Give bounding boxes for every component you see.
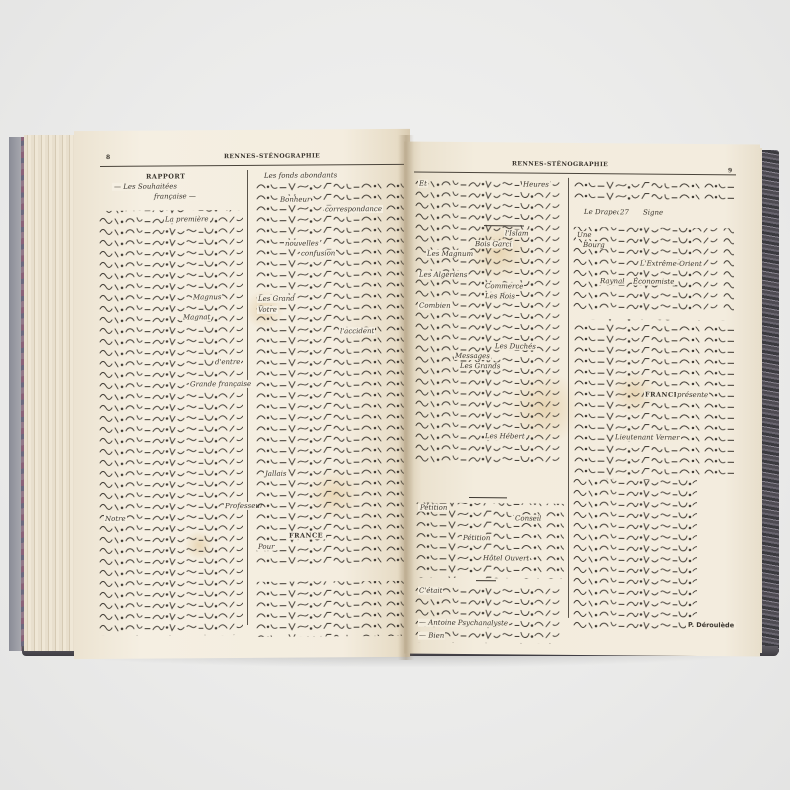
section-heading-france: FRANCE	[286, 531, 326, 539]
inline-word: Notre	[104, 515, 127, 523]
inline-word: Conseil	[514, 514, 542, 522]
inline-word: l'Islam	[504, 229, 530, 237]
header-rule	[100, 164, 405, 167]
column-divider	[247, 170, 248, 625]
right-column-2	[572, 179, 734, 650]
book-gutter	[398, 135, 414, 660]
inline-word: Heures	[522, 180, 550, 188]
inline-word: Les Grands	[459, 362, 501, 370]
inline-word: L'Extrême-Orient	[639, 259, 703, 268]
right-cover-marbled	[760, 150, 779, 654]
inline-word: Magnat	[182, 313, 211, 321]
inline-word: Les Magnum	[426, 250, 474, 258]
shorthand-line: — Les Souhaitées	[112, 182, 179, 190]
inline-word: Messages	[454, 352, 491, 360]
column-divider	[568, 178, 569, 618]
shorthand-line: — Bien	[418, 632, 445, 640]
inline-word: Bourg	[582, 241, 606, 249]
inline-word: FRANCE	[644, 391, 680, 399]
inline-word: correspondance	[324, 205, 383, 213]
section-heading-rapport: RAPPORT	[144, 172, 188, 180]
inline-word: Combien	[418, 302, 452, 310]
left-column-1	[98, 170, 243, 641]
inline-word: Raynal	[599, 277, 625, 285]
left-page: 8 RENNES-STÉNOGRAPHIE RAPPORT — Les Souh…	[74, 129, 410, 659]
section-separator	[476, 580, 496, 581]
inline-word: Commerce	[484, 282, 524, 290]
inline-word: Grande française	[189, 380, 252, 388]
inline-word: l'accident	[339, 327, 375, 335]
page-number: 9	[728, 167, 732, 174]
inline-word: Une	[576, 231, 593, 239]
inline-word: Les Grand	[257, 295, 296, 303]
inline-word: d'entre	[214, 358, 241, 366]
inline-word: Les Algériens	[418, 271, 468, 279]
inline-word: Lieutenant Verner	[614, 433, 681, 442]
inline-word: Jallais	[264, 470, 287, 478]
inline-word: Pétition	[462, 534, 491, 542]
running-header: RENNES-STÉNOGRAPHIE	[224, 152, 320, 160]
inline-word: Les Duchés	[494, 342, 537, 350]
inline-word: Les Hébert	[484, 432, 526, 440]
page-number: 8	[106, 154, 110, 161]
section-heading-petition: Pétition	[418, 504, 449, 512]
inline-word: Économiste	[632, 277, 675, 285]
shorthand-line: — Antoine Psychanalyste	[418, 619, 509, 628]
right-page: RENNES-STÉNOGRAPHIE 9 Et Heures l'Islam …	[404, 141, 760, 656]
inline-word: Votre	[257, 306, 278, 314]
inline-word: confusion	[300, 249, 336, 257]
author-signature: P. Déroulède	[686, 621, 736, 629]
header-rule	[414, 172, 736, 176]
right-column-1	[414, 178, 564, 649]
inline-word: Bois Garci	[474, 240, 513, 248]
shorthand-line: française —	[152, 192, 198, 200]
inline-word: Les Rois	[484, 292, 516, 300]
running-header: RENNES-STÉNOGRAPHIE	[512, 160, 608, 168]
inline-word: Pour	[257, 543, 276, 551]
shorthand-line: Les fonds abondants	[262, 171, 339, 180]
inline-word: La première	[164, 215, 210, 223]
inline-word: C'était	[418, 587, 443, 595]
inline-word: nouvelles	[284, 239, 320, 247]
inline-word: Signe	[642, 209, 664, 217]
inline-word: 27	[619, 208, 630, 216]
inline-word: Hôtel Ouvert	[482, 554, 530, 562]
left-column-2	[254, 169, 404, 640]
inline-word: Bonheur	[279, 196, 311, 204]
inline-word: Magnus	[192, 293, 222, 301]
inline-word: présente	[676, 391, 709, 399]
inline-word: Et	[418, 180, 428, 188]
